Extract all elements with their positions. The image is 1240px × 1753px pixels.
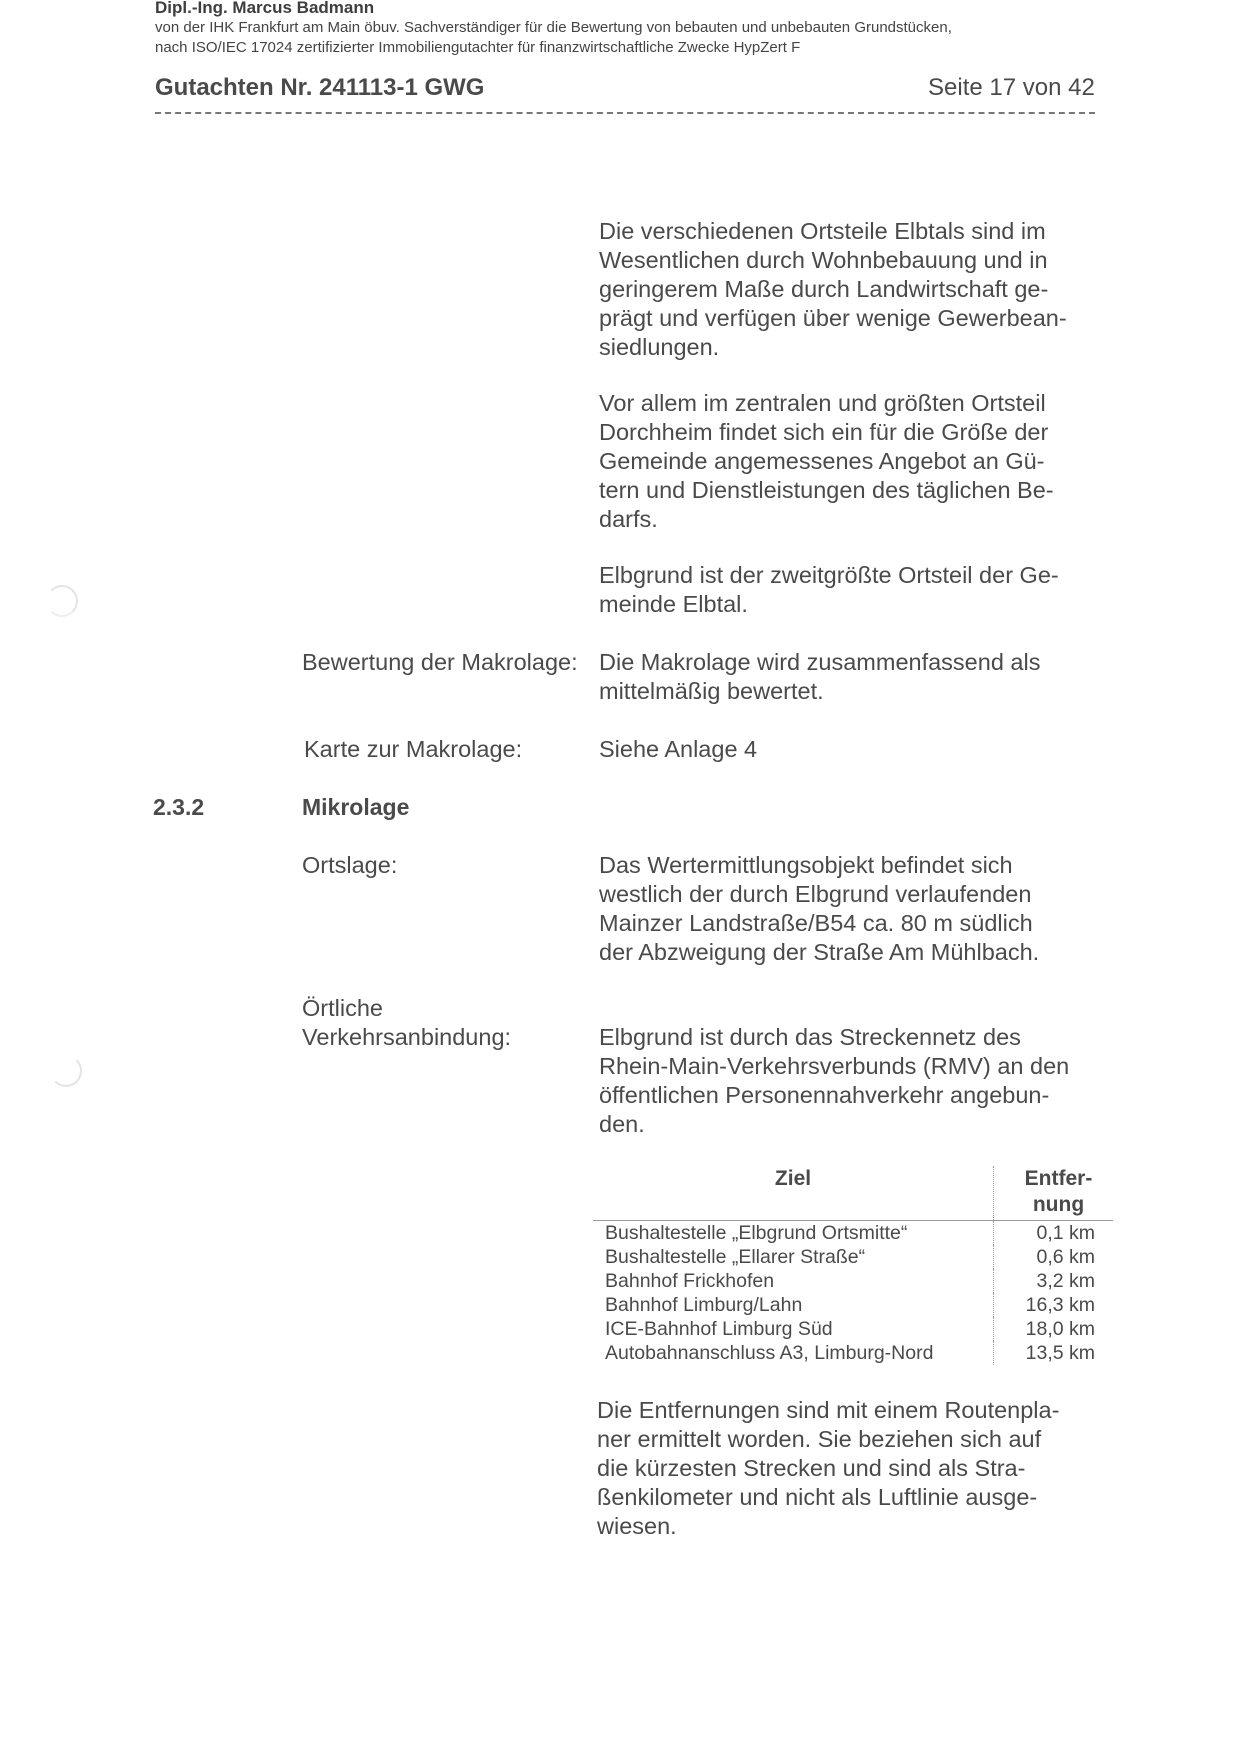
table-header-row: Ziel Entfer- nung: [593, 1166, 1113, 1221]
section-title: Mikrolage: [302, 794, 409, 821]
column-header-entfernung: Entfer- nung: [994, 1166, 1114, 1221]
page-indicator: Seite 17 von 42: [928, 74, 1095, 102]
table-row: Bahnhof Frickhofen 3,2 km: [593, 1269, 1113, 1293]
destination-cell: Autobahnanschluss A3, Limburg-Nord: [593, 1341, 994, 1365]
map-reference: Siehe Anlage 4: [599, 735, 1119, 764]
table-row: Bahnhof Limburg/Lahn 16,3 km: [593, 1293, 1113, 1317]
rating-text: Die Makrolage wird zusammenfassend als m…: [599, 648, 1119, 706]
ortslage-label: Ortslage:: [302, 851, 602, 880]
column-header-ziel: Ziel: [593, 1166, 994, 1221]
makrolage-paragraph-3: Elbgrund ist der zweitgrößte Ortsteil de…: [599, 561, 1119, 619]
verkehr-label: Örtliche Verkehrsanbindung:: [302, 994, 602, 1052]
table-row: Bushaltestelle „Elbgrund Ortsmitte“ 0,1 …: [593, 1221, 1113, 1246]
header-divider: [155, 112, 1095, 114]
punch-hole-mark: [50, 1055, 82, 1087]
author-credentials-line-1: von der IHK Frankfurt am Main öbuv. Sach…: [155, 19, 952, 36]
punch-hole-mark: [46, 585, 78, 617]
makrolage-paragraph-1: Die verschiedenen Ortsteile Elbtals sind…: [599, 217, 1119, 362]
report-title: Gutachten Nr. 241113-1 GWG: [155, 74, 484, 102]
verkehr-text: Elbgrund ist durch das Streckennetz des …: [599, 1023, 1119, 1139]
author-name: Dipl.-Ing. Marcus Badmann: [155, 0, 374, 18]
author-credentials-line-2: nach ISO/IEC 17024 zertifizierter Immobi…: [155, 39, 800, 56]
table-row: ICE-Bahnhof Limburg Süd 18,0 km: [593, 1317, 1113, 1341]
distance-table: Ziel Entfer- nung Bushaltestelle „Elbgru…: [593, 1166, 1113, 1365]
distance-note: Die Entfernungen sind mit einem Routenpl…: [597, 1396, 1117, 1541]
makrolage-paragraph-2: Vor allem im zentralen und größten Ortst…: [599, 389, 1119, 534]
destination-cell: Bushaltestelle „Ellarer Straße“: [593, 1245, 994, 1269]
distance-cell: 3,2 km: [994, 1269, 1114, 1293]
distance-cell: 0,1 km: [994, 1221, 1114, 1246]
distance-cell: 18,0 km: [994, 1317, 1114, 1341]
section-number: 2.3.2: [153, 794, 204, 821]
destination-cell: Bushaltestelle „Elbgrund Ortsmitte“: [593, 1221, 994, 1246]
destination-cell: Bahnhof Limburg/Lahn: [593, 1293, 994, 1317]
distance-cell: 16,3 km: [994, 1293, 1114, 1317]
destination-cell: Bahnhof Frickhofen: [593, 1269, 994, 1293]
destination-cell: ICE-Bahnhof Limburg Süd: [593, 1317, 994, 1341]
table-row: Autobahnanschluss A3, Limburg-Nord 13,5 …: [593, 1341, 1113, 1365]
map-label: Karte zur Makrolage:: [304, 735, 604, 764]
ortslage-text: Das Wertermittlungsobjekt befindet sich …: [599, 851, 1119, 967]
table-row: Bushaltestelle „Ellarer Straße“ 0,6 km: [593, 1245, 1113, 1269]
distance-cell: 0,6 km: [994, 1245, 1114, 1269]
rating-label: Bewertung der Makrolage:: [302, 648, 578, 677]
distance-cell: 13,5 km: [994, 1341, 1114, 1365]
